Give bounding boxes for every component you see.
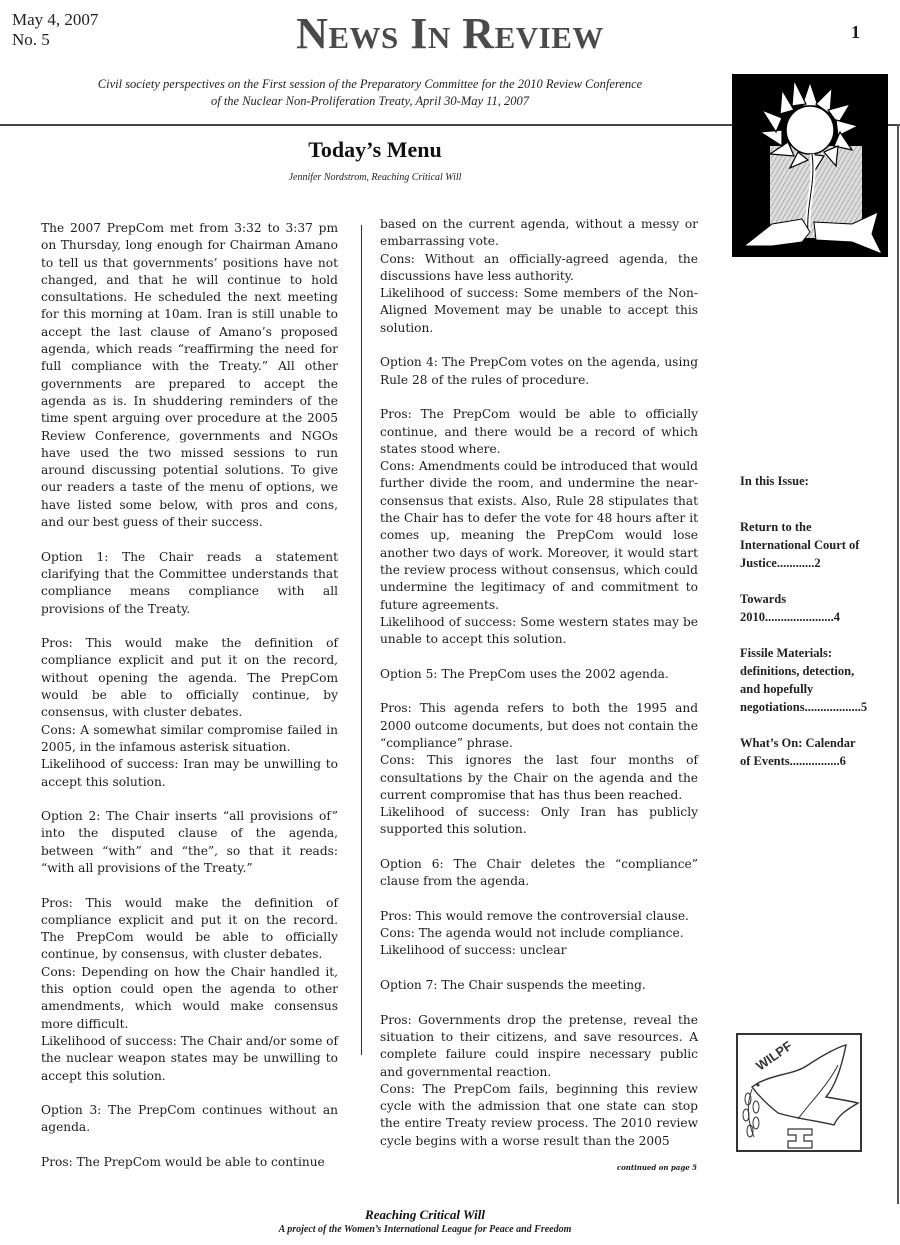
toc-item-whats-on[interactable]: What’s On: Calendar of Events...........… [740, 734, 865, 770]
option-4-heading: Option 4: The PrepCom votes on the agend… [380, 354, 698, 389]
option-3-likelihood: Likelihood of success: Some members of t… [380, 285, 698, 337]
option-3-pros-cont: based on the current agenda, without a m… [380, 216, 698, 251]
toc-leader: ...................... [765, 610, 834, 624]
option-2-heading: Option 2: The Chair inserts “all provisi… [41, 808, 338, 877]
toc-leader: .................. [805, 700, 861, 714]
footer-title: Reaching Critical Will [0, 1207, 850, 1223]
toc-leader: ................ [790, 754, 840, 768]
wilpf-dove-logo-icon: WILPF [736, 1033, 862, 1152]
sunflower-missile-logo-icon [732, 74, 888, 257]
option-4-pros: Pros: The PrepCom would be able to offic… [380, 406, 698, 458]
article-title: Today’s Menu [30, 137, 720, 163]
toc-item-towards-2010[interactable]: Towards 2010......................4 [740, 590, 865, 626]
article-column-2: based on the current agenda, without a m… [380, 216, 698, 1150]
toc-item-icj[interactable]: Return to the International Court of Jus… [740, 518, 865, 572]
option-5-likelihood: Likelihood of success: Only Iran has pub… [380, 804, 698, 839]
option-7-heading: Option 7: The Chair suspends the meeting… [380, 977, 698, 994]
option-2-likelihood: Likelihood of success: The Chair and/or … [41, 1033, 338, 1085]
header-rule [0, 124, 763, 126]
page-number: 1 [851, 22, 860, 43]
option-3-cons: Cons: Without an officially-agreed agend… [380, 251, 698, 286]
in-this-issue-sidebar: In this Issue: Return to the Internation… [740, 472, 865, 788]
footer-subtitle: A project of the Women’s International L… [0, 1224, 850, 1235]
toc-leader: ............ [777, 556, 815, 570]
option-6-cons: Cons: The agenda would not include compl… [380, 925, 698, 942]
option-2-cons: Cons: Depending on how the Chair handled… [41, 964, 338, 1033]
page-right-border [897, 124, 899, 1204]
subtitle-line-1: Civil society perspectives on the First … [20, 76, 720, 93]
option-1-pros: Pros: This would make the definition of … [41, 635, 338, 721]
intro-paragraph: The 2007 PrepCom met from 3:32 to 3:37 p… [41, 220, 338, 531]
option-2-pros: Pros: This would make the definition of … [41, 895, 338, 964]
toc-item-page: 5 [861, 700, 867, 714]
option-5-pros: Pros: This agenda refers to both the 199… [380, 700, 698, 752]
masthead-subtitle: Civil society perspectives on the First … [20, 76, 720, 110]
option-6-pros: Pros: This would remove the controversia… [380, 908, 698, 925]
article-byline: Jennifer Nordstrom, Reaching Critical Wi… [30, 172, 720, 183]
option-3-heading: Option 3: The PrepCom continues without … [41, 1102, 338, 1137]
option-7-pros: Pros: Governments drop the pretense, rev… [380, 1012, 698, 1081]
article-column-1: The 2007 PrepCom met from 3:32 to 3:37 p… [41, 220, 338, 1171]
option-4-likelihood: Likelihood of success: Some western stat… [380, 614, 698, 649]
toc-item-fissile-materials[interactable]: Fissile Materials: definitions, detectio… [740, 644, 865, 716]
option-5-heading: Option 5: The PrepCom uses the 2002 agen… [380, 666, 698, 683]
column-divider [361, 225, 362, 1055]
toc-item-page: 6 [840, 754, 846, 768]
option-7-cons: Cons: The PrepCom fails, beginning this … [380, 1081, 698, 1150]
option-3-pros-start: Pros: The PrepCom would be able to conti… [41, 1154, 338, 1171]
option-1-cons: Cons: A somewhat similar compromise fail… [41, 722, 338, 757]
option-1-likelihood: Likelihood of success: Iran may be unwil… [41, 756, 338, 791]
continued-link[interactable]: continued on page 5 [560, 1163, 697, 1172]
sidebar-heading: In this Issue: [740, 472, 865, 490]
toc-item-page: 2 [814, 556, 820, 570]
subtitle-line-2: of the Nuclear Non-Proliferation Treaty,… [20, 93, 720, 110]
option-4-cons: Cons: Amendments could be introduced tha… [380, 458, 698, 614]
wilpf-text: WILPF [753, 1038, 795, 1074]
option-1-heading: Option 1: The Chair reads a statement cl… [41, 549, 338, 618]
masthead-title: News In Review [0, 8, 900, 59]
toc-item-page: 4 [834, 610, 840, 624]
option-6-likelihood: Likelihood of success: unclear [380, 942, 698, 959]
option-6-heading: Option 6: The Chair deletes the “complia… [380, 856, 698, 891]
option-5-cons: Cons: This ignores the last four months … [380, 752, 698, 804]
